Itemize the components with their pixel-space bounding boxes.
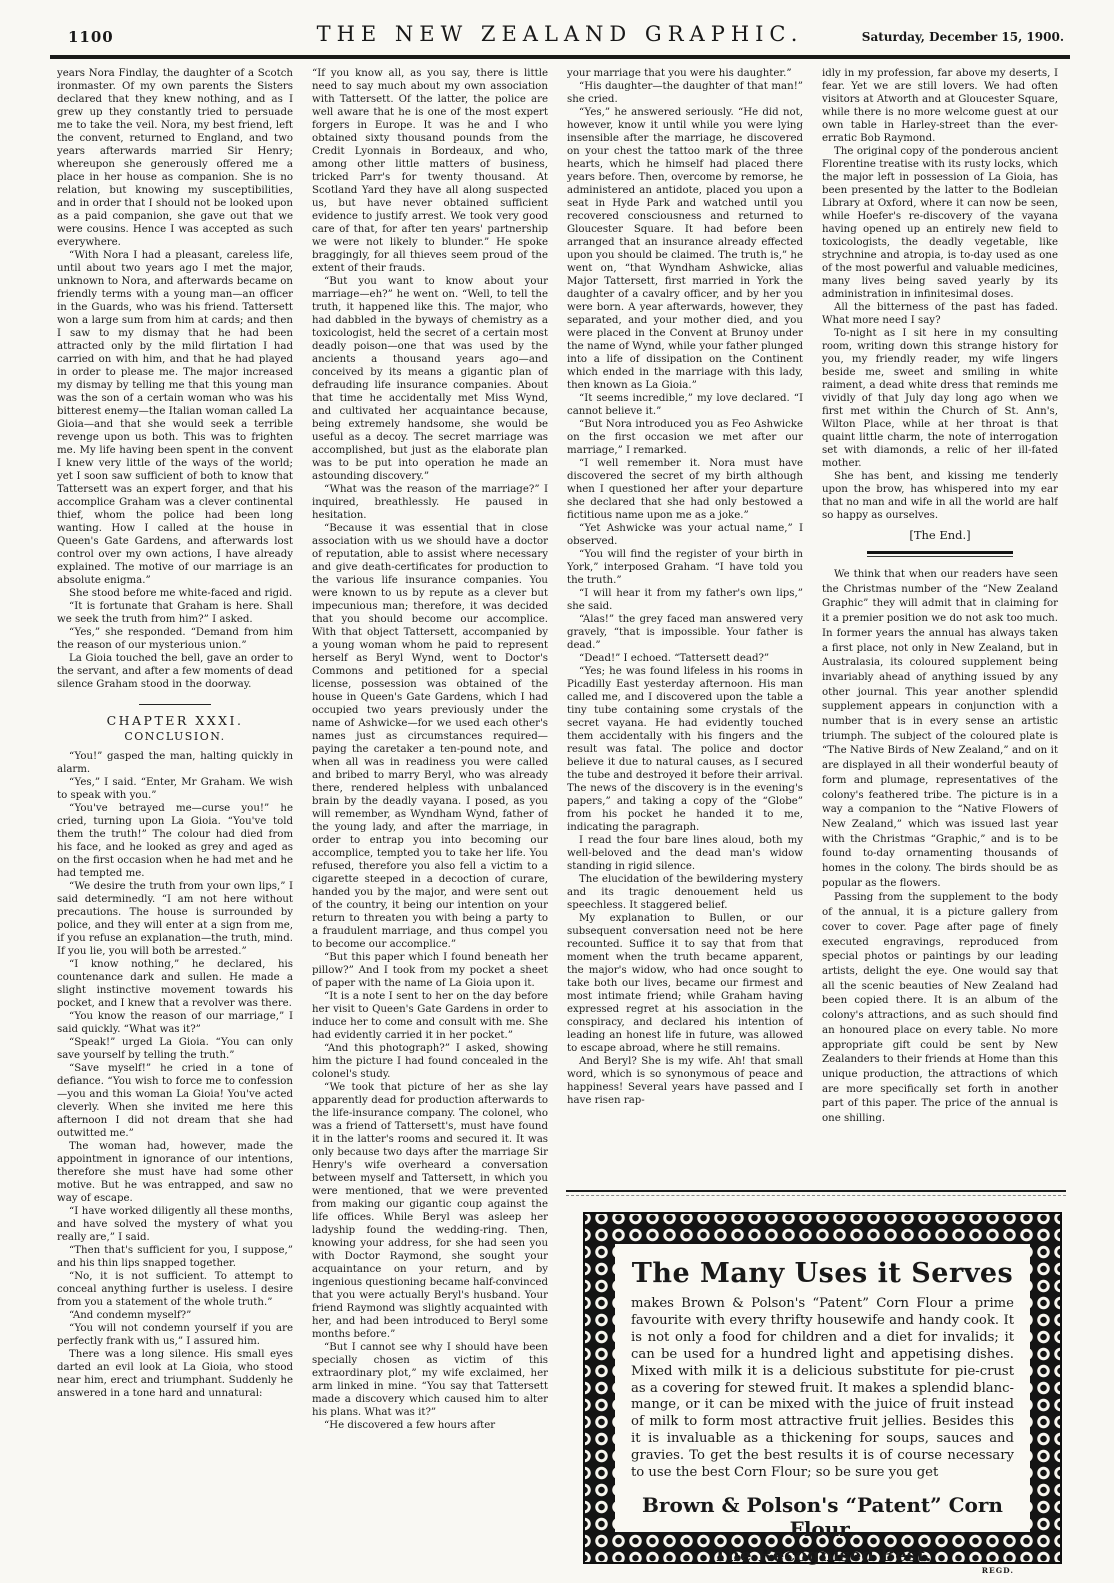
- paragraph: “But Nora introduced you as Feo Ashwicke…: [567, 418, 803, 457]
- paragraph: “I will hear it from my father's own lip…: [567, 587, 803, 613]
- paragraph: “With Nora I had a pleasant, careless li…: [57, 249, 293, 587]
- paragraph: “You will find the register of your birt…: [567, 548, 803, 587]
- masthead-title: THE NEW ZEALAND GRAPHIC.: [317, 22, 804, 46]
- paragraph: idly in my profession, far above my dese…: [822, 67, 1058, 145]
- column-2: “If you know all, as you say, there is l…: [312, 67, 548, 1573]
- chapter-heading: CHAPTER XXXI.: [57, 714, 293, 727]
- paragraph: The elucidation of the bewildering myste…: [567, 873, 803, 912]
- ad-body-text: makes Brown & Polson's “Patent” Corn Flo…: [631, 1296, 1014, 1482]
- paragraph: “We desire the truth from your own lips,…: [57, 880, 293, 958]
- paragraph: “His daughter—the daughter of that man!”…: [567, 80, 803, 106]
- paragraph: La Gioia touched the bell, gave an order…: [57, 652, 293, 691]
- paragraph: And Beryl? She is my wife. Ah! that smal…: [567, 1055, 803, 1107]
- paragraph: There was a long silence. His small eyes…: [57, 1348, 293, 1400]
- paragraph: All the bitterness of the past has faded…: [822, 301, 1058, 327]
- paragraph: “It is fortunate that Graham is here. Sh…: [57, 600, 293, 626]
- ad-registered-mark: REGD.: [631, 1566, 1014, 1576]
- paragraph: My explanation to Bullen, or our subsequ…: [567, 912, 803, 1055]
- paragraph: “You know the reason of our marriage,” I…: [57, 1010, 293, 1036]
- column-4: idly in my profession, far above my dese…: [822, 67, 1058, 1187]
- paragraph: “And condemn myself?”: [57, 1309, 293, 1322]
- paragraph: “I have worked diligently all these mont…: [57, 1205, 293, 1244]
- paragraph: “Because it was essential that in close …: [312, 522, 548, 951]
- ad-content: The Many Uses it Serves makes Brown & Po…: [615, 1244, 1030, 1532]
- issue-date: Saturday, December 15, 1900.: [862, 30, 1064, 44]
- paragraph: “He discovered a few hours after: [312, 1419, 548, 1432]
- paragraph: To-night as I sit here in my consulting …: [822, 327, 1058, 470]
- paragraph: “Yes,” I said. “Enter, Mr Graham. We wis…: [57, 776, 293, 802]
- paragraph: “Alas!” the grey faced man answered very…: [567, 613, 803, 652]
- paragraph: I read the four bare lines aloud, both m…: [567, 834, 803, 873]
- page-number: 1100: [68, 28, 114, 46]
- paragraph: She stood before me white-faced and rigi…: [57, 587, 293, 600]
- paragraph: “We took that picture of her as she lay …: [312, 1081, 548, 1341]
- newspaper-page: 1100 THE NEW ZEALAND GRAPHIC. Saturday, …: [0, 0, 1114, 1583]
- paragraph: “It is a note I sent to her on the day b…: [312, 990, 548, 1042]
- paragraph: years Nora Findlay, the daughter of a Sc…: [57, 67, 293, 249]
- paragraph: “And this photograph?” I asked, showing …: [312, 1042, 548, 1081]
- paragraph: “If you know all, as you say, there is l…: [312, 67, 548, 275]
- paragraph: “Save myself!” he cried in a tone of def…: [57, 1062, 293, 1140]
- paragraph: “But you want to know about your marriag…: [312, 275, 548, 483]
- paragraph: “No, it is not sufficient. To attempt to…: [57, 1270, 293, 1309]
- header-rule: [50, 55, 1070, 59]
- paragraph: Passing from the supplement to the body …: [822, 891, 1058, 1126]
- paragraph: The original copy of the ponderous ancie…: [822, 145, 1058, 301]
- paragraph: “Yes,” she responded. “Demand from him t…: [57, 626, 293, 652]
- paragraph: “Yes,” he answered seriously. “He did no…: [567, 106, 803, 392]
- paragraph: “Yet Ashwicke was your actual name,” I o…: [567, 522, 803, 548]
- paragraph: “Yes; he was found lifeless in his rooms…: [567, 665, 803, 834]
- ad-product-name: Brown & Polson's “Patent” Corn Flour,: [631, 1493, 1014, 1541]
- paragraph: “What was the reason of the marriage?” I…: [312, 483, 548, 522]
- paragraph: “But I cannot see why I should have been…: [312, 1341, 548, 1419]
- chapter-subheading: CONCLUSION.: [57, 730, 293, 743]
- paragraph: “Dead!” I echoed. “Tattersett dead?”: [567, 652, 803, 665]
- paragraph: “You!” gasped the man, halting quickly i…: [57, 750, 293, 776]
- paragraph: “I know nothing,” he declared, his count…: [57, 958, 293, 1010]
- thick-section-rule: [867, 551, 1013, 557]
- page-header: 1100 THE NEW ZEALAND GRAPHIC. Saturday, …: [56, 20, 1064, 50]
- paragraph: The woman had, however, made the appoint…: [57, 1140, 293, 1205]
- column-1: years Nora Findlay, the daughter of a Sc…: [57, 67, 293, 1573]
- paragraph: “I well remember it. Nora must have disc…: [567, 457, 803, 522]
- paragraph: your marriage that you were his daughter…: [567, 67, 803, 80]
- ad-tagline: The Recognised Best.: [631, 1545, 1014, 1566]
- column-3: your marriage that you were his daughter…: [567, 67, 803, 1187]
- paragraph: “You've betrayed me—curse you!” he cried…: [57, 802, 293, 880]
- paragraph: We think that when our readers have seen…: [822, 568, 1058, 891]
- paragraph: “Then that's sufficient for you, I suppo…: [57, 1244, 293, 1270]
- short-section-rule: [139, 704, 211, 705]
- ad-separator-rule: [566, 1190, 1066, 1196]
- paragraph: “It seems incredible,” my love declared.…: [567, 392, 803, 418]
- paragraph: “Speak!” urged La Gioia. “You can only s…: [57, 1036, 293, 1062]
- corn-flour-advertisement: The Many Uses it Serves makes Brown & Po…: [583, 1212, 1062, 1564]
- paragraph: “You will not condemn yourself if you ar…: [57, 1322, 293, 1348]
- paragraph: “But this paper which I found beneath he…: [312, 951, 548, 990]
- paragraph: She has bent, and kissing me tenderly up…: [822, 470, 1058, 522]
- the-end-marker: [The End.]: [822, 529, 1058, 542]
- ad-headline: The Many Uses it Serves: [631, 1258, 1014, 1289]
